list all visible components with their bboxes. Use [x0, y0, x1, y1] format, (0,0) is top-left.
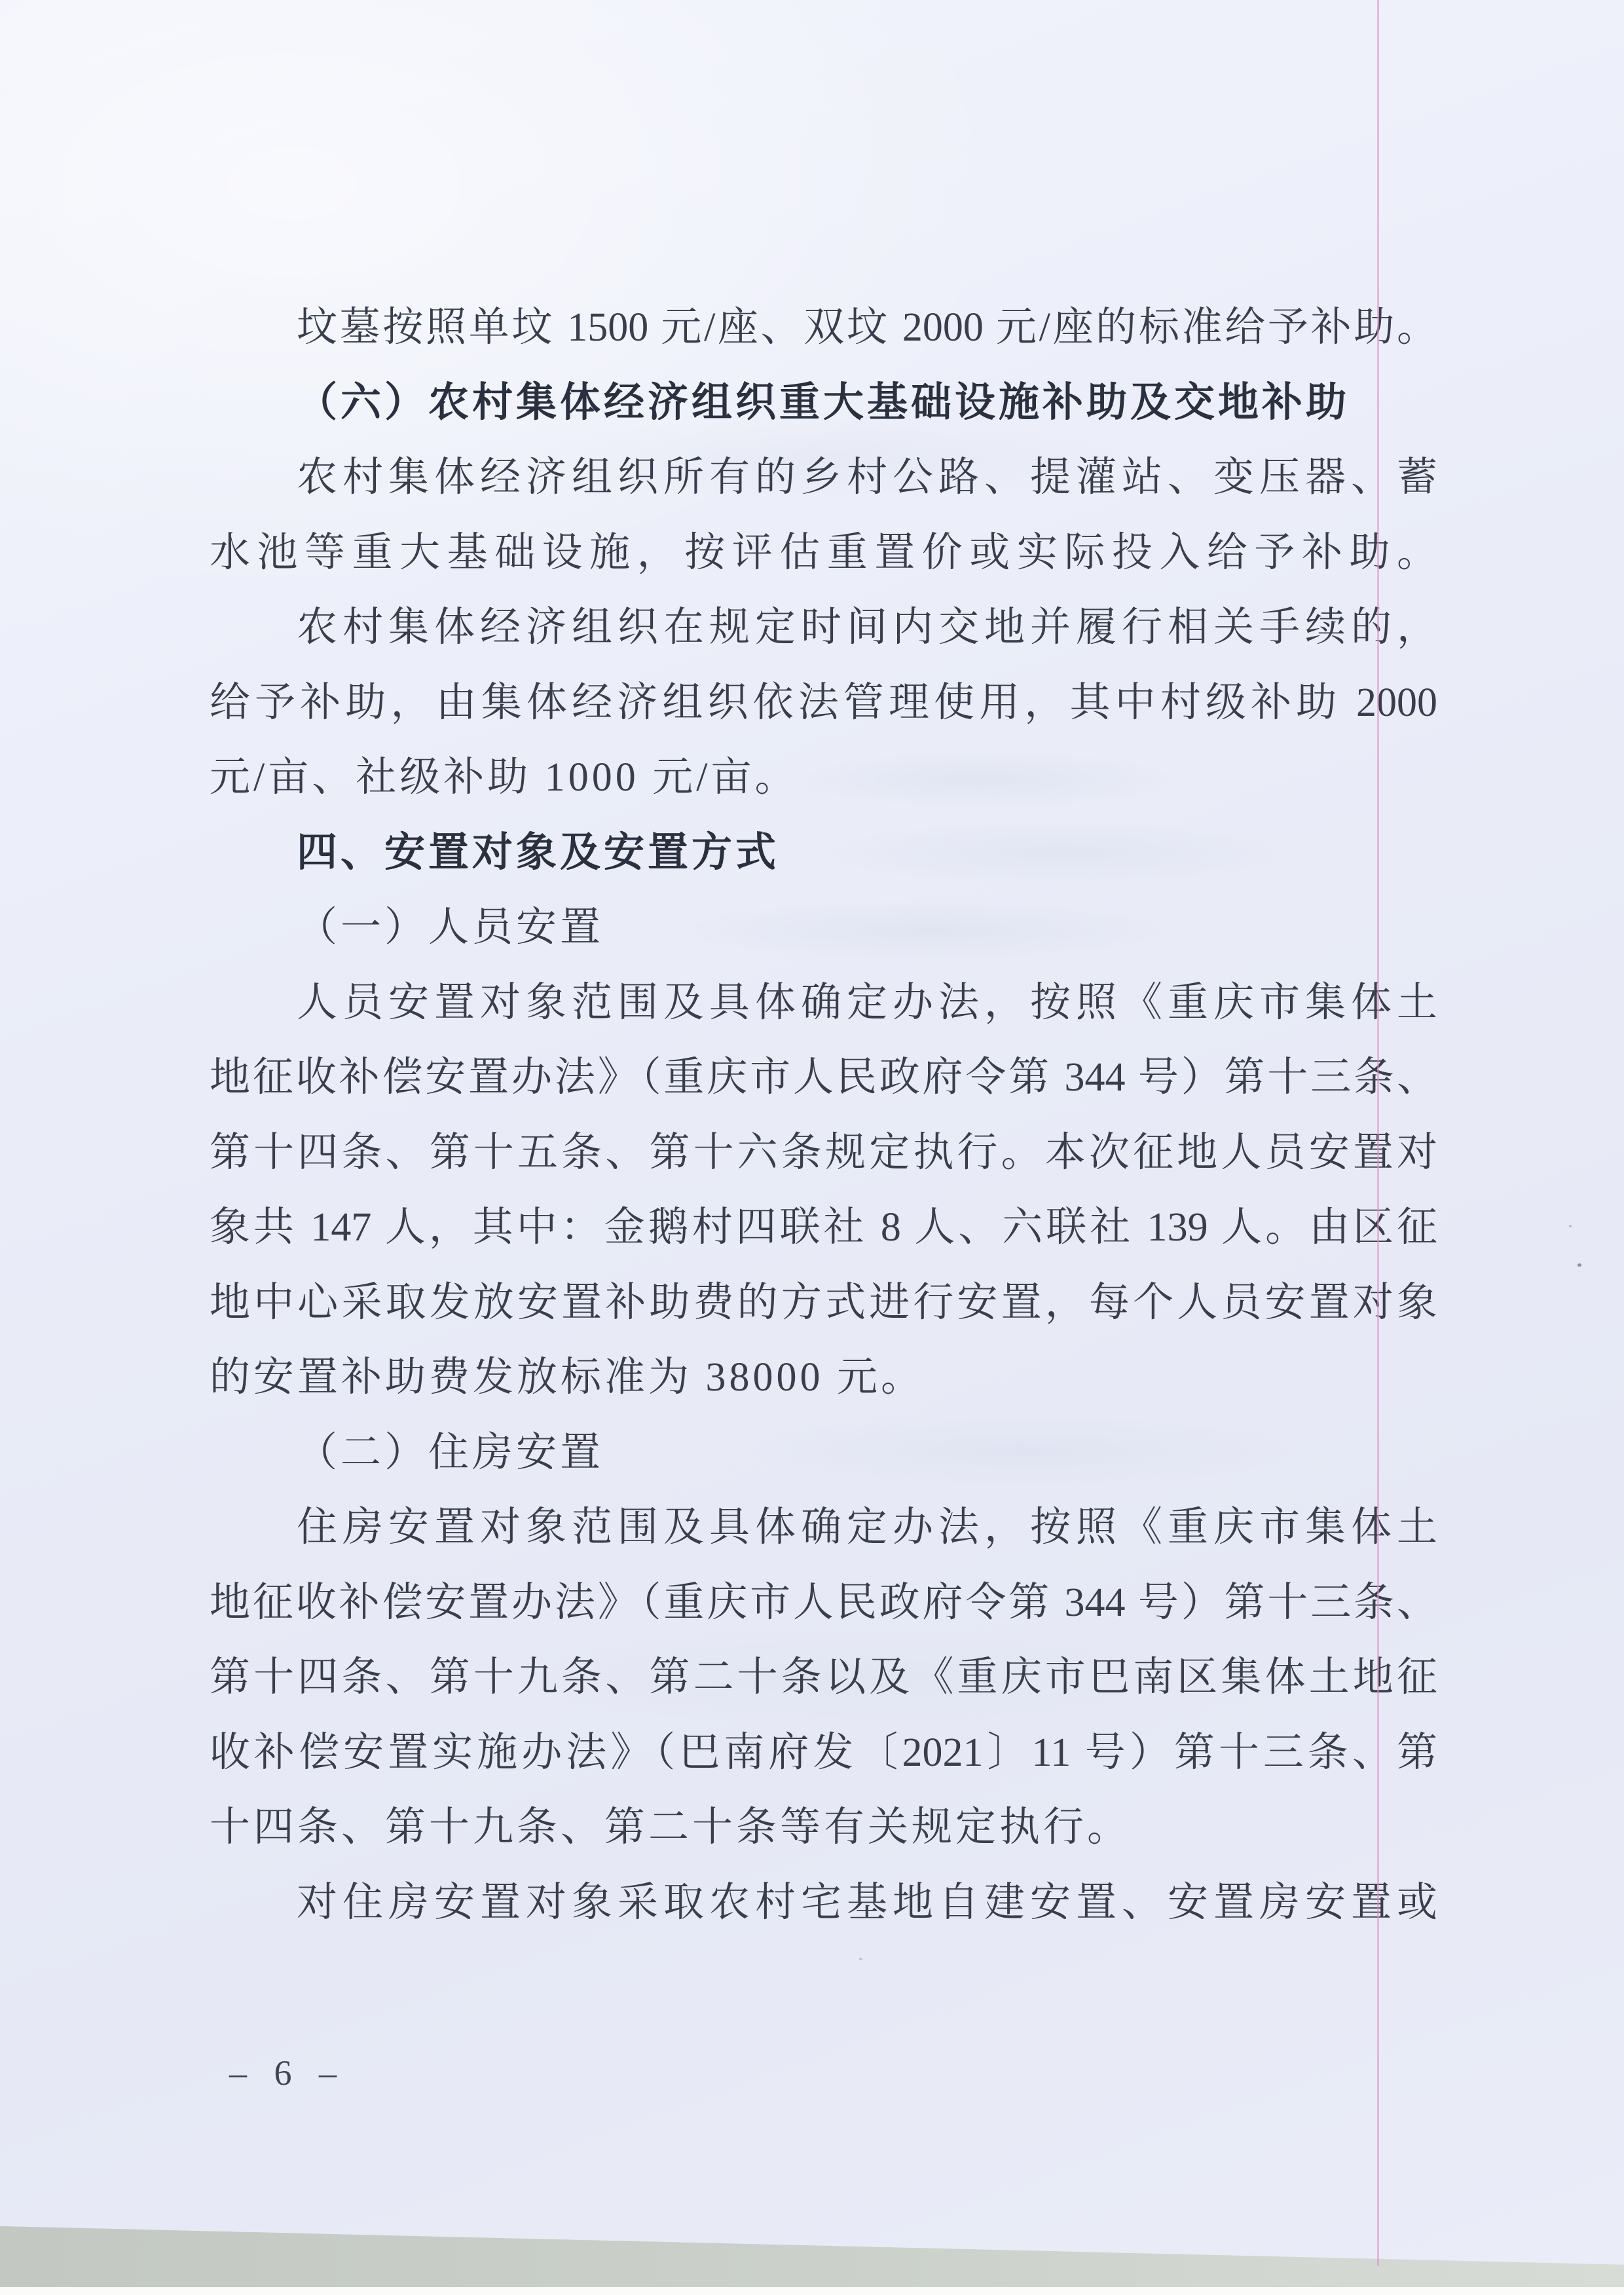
subsection-heading: （二）住房安置	[210, 1415, 1437, 1491]
text-line: 坟墓按照单坟 1500 元/座、双坟 2000 元/座的标准给予补助。	[210, 290, 1437, 365]
page-number: – 6 –	[229, 2055, 341, 2091]
text-line: 农村集体经济组织所有的乡村公路、提灌站、变压器、蓄	[210, 440, 1437, 515]
text-line: 第十四条、第十九条、第二十条以及《重庆市巴南区集体土地征	[210, 1640, 1437, 1715]
text-line: 第十四条、第十五条、第十六条规定执行。本次征地人员安置对	[210, 1115, 1437, 1191]
text-line: 给予补助，由集体经济组织依法管理使用，其中村级补助 2000	[210, 665, 1437, 741]
scan-speck	[859, 1958, 862, 1960]
text-line: 十四条、第十九条、第二十条等有关规定执行。	[210, 1790, 1437, 1865]
text-line: 象共 147 人，其中：金鹅村四联社 8 人、六联社 139 人。由区征	[210, 1190, 1437, 1265]
scanned-page: 坟墓按照单坟 1500 元/座、双坟 2000 元/座的标准给予补助。 （六）农…	[0, 0, 1624, 2295]
section-heading: （六）农村集体经济组织重大基础设施补助及交地补助	[210, 365, 1437, 441]
section-heading: 四、安置对象及安置方式	[210, 815, 1437, 891]
text-line: 地中心采取发放安置补助费的方式进行安置，每个人员安置对象	[210, 1265, 1437, 1341]
text-line: 人员安置对象范围及具体确定办法，按照《重庆市集体土	[210, 965, 1437, 1041]
text-line: 地征收补偿安置办法》（重庆市人民政府令第 344 号）第十三条、	[210, 1565, 1437, 1641]
subsection-heading: （一）人员安置	[210, 890, 1437, 965]
scan-speck	[1569, 1225, 1572, 1227]
text-line: 水池等重大基础设施，按评估重置价或实际投入给予补助。	[210, 515, 1437, 591]
text-line: 地征收补偿安置办法》（重庆市人民政府令第 344 号）第十三条、	[210, 1040, 1437, 1115]
text-line: 收补偿安置实施办法》（巴南府发〔2021〕11 号）第十三条、第	[210, 1715, 1437, 1791]
paper: 坟墓按照单坟 1500 元/座、双坟 2000 元/座的标准给予补助。 （六）农…	[0, 0, 1624, 2295]
scan-artifact-line	[1377, 0, 1379, 2266]
text-line: 的安置补助费发放标准为 38000 元。	[210, 1340, 1437, 1415]
text-line: 对住房安置对象采取农村宅基地自建安置、安置房安置或	[210, 1865, 1437, 1941]
document-text: 坟墓按照单坟 1500 元/座、双坟 2000 元/座的标准给予补助。 （六）农…	[210, 290, 1437, 1940]
text-line: 元/亩、社级补助 1000 元/亩。	[210, 740, 1437, 815]
scan-speck	[1578, 1263, 1581, 1267]
text-line: 农村集体经济组织在规定时间内交地并履行相关手续的，	[210, 590, 1437, 665]
text-line: 住房安置对象范围及具体确定办法，按照《重庆市集体土	[210, 1490, 1437, 1565]
